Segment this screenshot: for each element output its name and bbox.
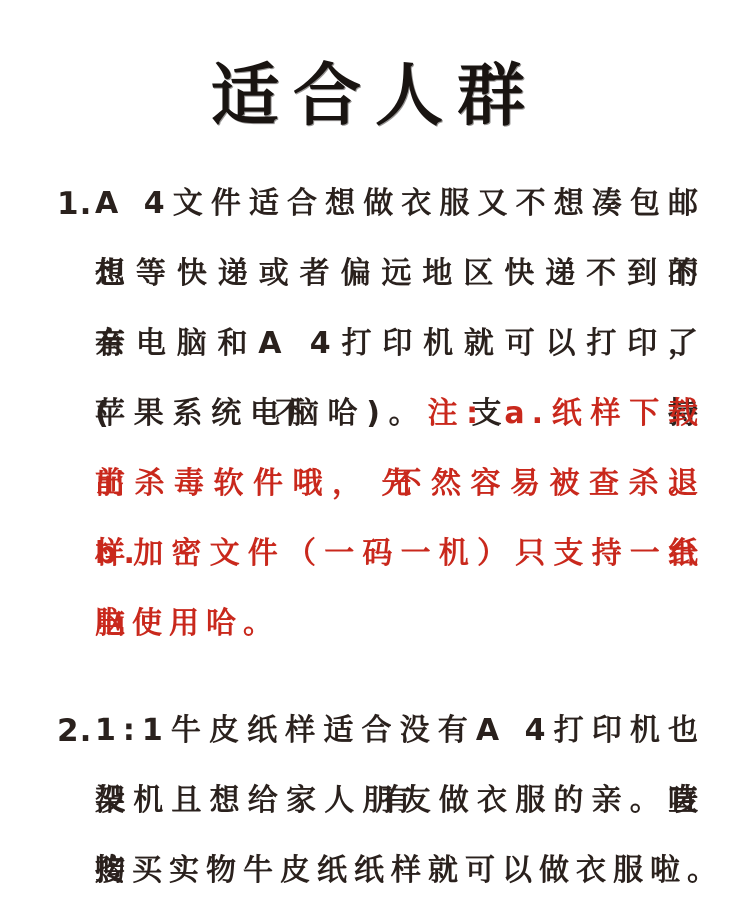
page-title: 适合人群 [0,0,750,139]
document-page: 适合人群 1.A 4文件适合想做衣服又不想凑包邮也不想等快递或者偏远地区快递不到… [0,0,750,907]
text-line: 样加密文件（一码一机）只支持一台电 [95,519,705,589]
paragraph-lines: A 4文件适合想做衣服又不想凑包邮也不想等快递或者偏远地区快递不到的亲，有电脑和… [95,169,705,659]
body-text: 购买实物牛皮纸纸样就可以做衣服啦。 [95,853,724,888]
text-line: A 4文件适合想做衣服又不想凑包邮也不 [95,169,705,239]
numbered-paragraph: 2.1:1牛皮纸样适合没有A 4打印机也没有唛架机且想给家人朋友做衣服的亲。直接… [57,696,705,906]
paragraph-lines: 1:1牛皮纸样适合没有A 4打印机也没有唛架机且想给家人朋友做衣服的亲。直接购买… [95,696,705,906]
text-line: 苹果系统电脑哈)。注: a.纸样下载前先退 [95,379,705,449]
text-line: 想等快递或者偏远地区快递不到的亲， [95,239,705,309]
list-number: 2. [57,696,95,766]
note-text: 脑使用哈。 [95,606,280,641]
paragraph-list: 1.A 4文件适合想做衣服又不想凑包邮也不想等快递或者偏远地区快递不到的亲，有电… [0,139,750,906]
text-line: 有电脑和A 4打印机就可以打印了(不支持 [95,309,705,379]
text-line: 购买实物牛皮纸纸样就可以做衣服啦。 [95,836,705,906]
text-line: 脑使用哈。 [95,589,705,659]
numbered-paragraph: 1.A 4文件适合想做衣服又不想凑包邮也不想等快递或者偏远地区快递不到的亲，有电… [57,169,705,659]
body-text: 苹果系统电脑哈)。 [95,396,427,431]
text-line: 架机且想给家人朋友做衣服的亲。直接 [95,766,705,836]
list-number: 1. [57,169,95,239]
text-line: 1:1牛皮纸样适合没有A 4打印机也没有唛 [95,696,705,766]
text-line: 出杀毒软件哦， 不然容易被查杀。b.纸 [95,449,705,519]
